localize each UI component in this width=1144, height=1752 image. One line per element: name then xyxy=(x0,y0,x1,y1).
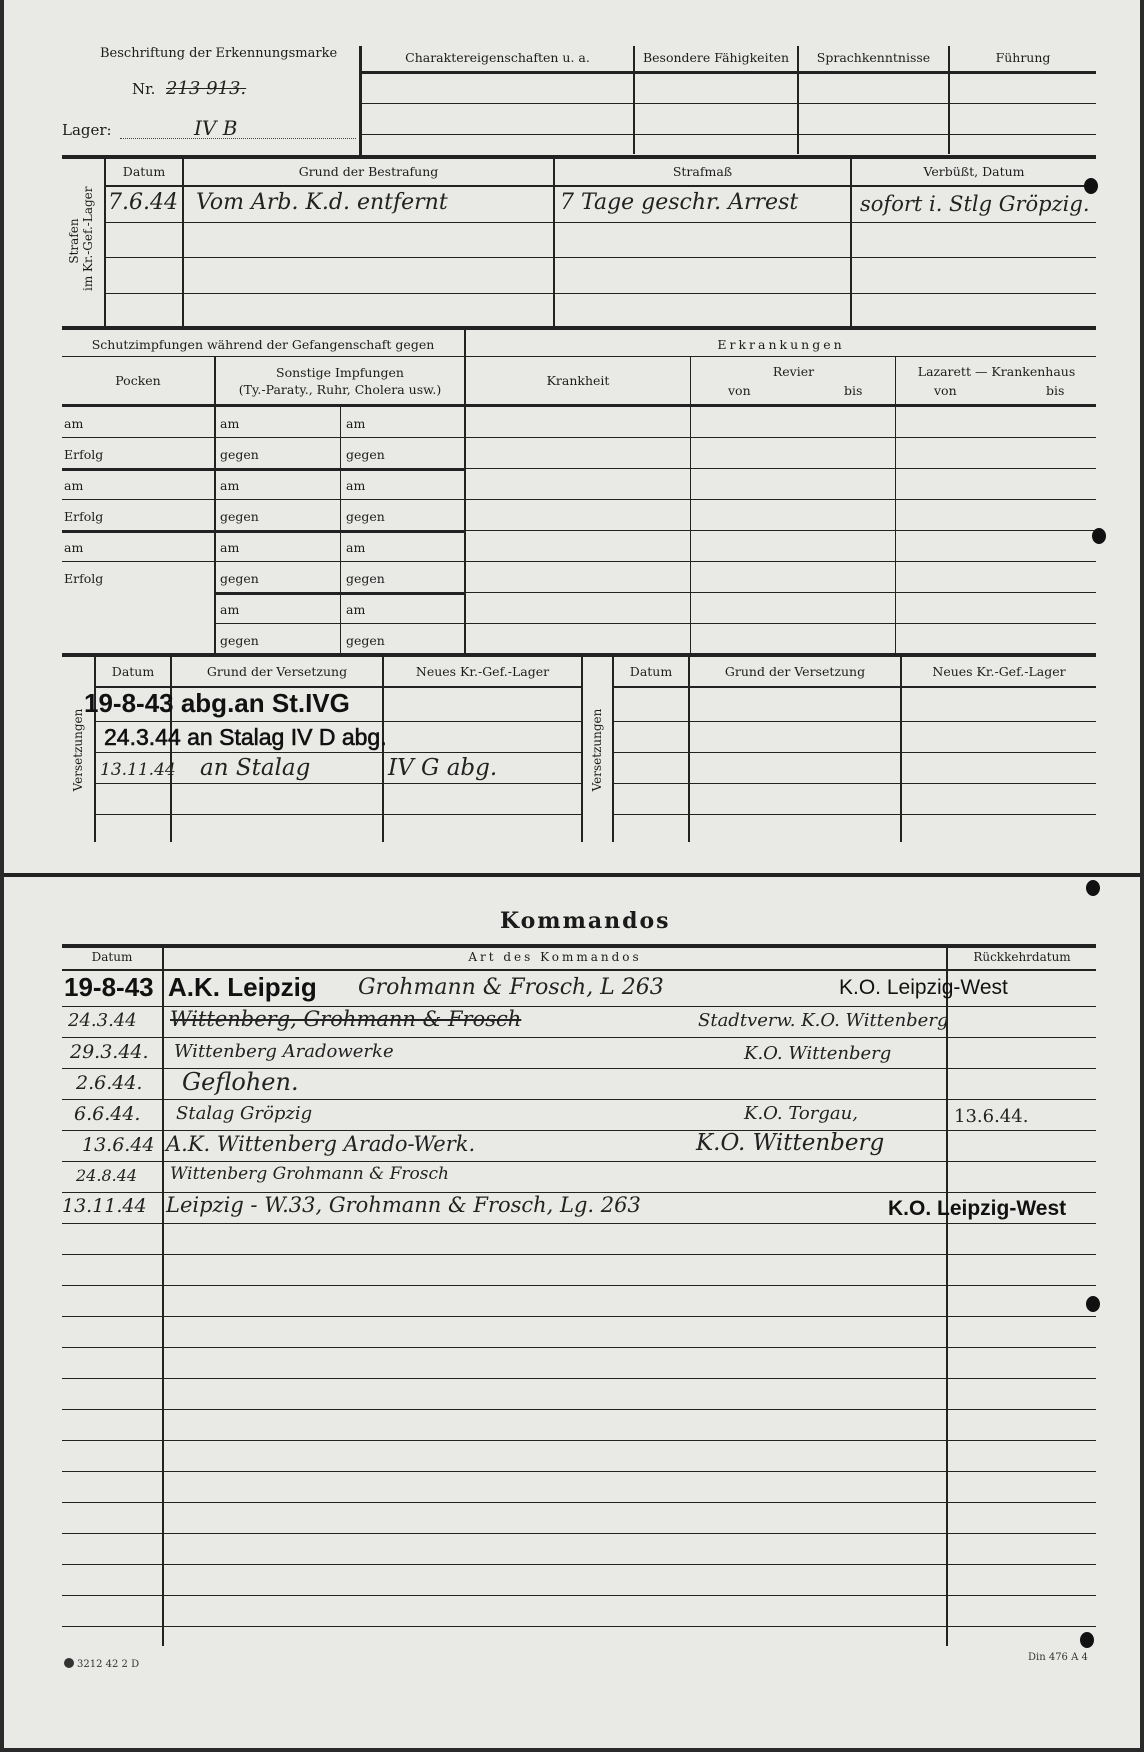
strafen-col-datum: Datum xyxy=(106,164,182,179)
pow-record-card: Beschriftung der Erkennungsmarke Nr. 213… xyxy=(4,0,1140,1748)
kommandos-col-rueckkehr: Rückkehrdatum xyxy=(948,950,1096,964)
sonst-gegen: gegen xyxy=(220,509,259,524)
impf-col-pocken: Pocken xyxy=(62,373,214,388)
kommando-4-datum: 2.6.44. xyxy=(76,1072,142,1094)
kommando-5-datum: 6.6.44. xyxy=(74,1103,140,1125)
kommandos-col-datum: Datum xyxy=(62,950,162,964)
pocken-am-1: am xyxy=(64,416,83,431)
sonst-am: am xyxy=(220,416,239,431)
kommando-1-art: Grohmann & Frosch, L 263 xyxy=(358,975,664,1000)
lager-value: IV B xyxy=(194,116,237,140)
kommando-4-art: Geflohen. xyxy=(182,1068,299,1096)
sonst-am: am xyxy=(346,540,365,555)
kommando-3-art: Wittenberg Aradowerke xyxy=(174,1041,394,1062)
erk-col-revier: Revier xyxy=(692,364,895,379)
pocken-erfolg-2: Erfolg xyxy=(64,509,103,524)
col-header-fuehrung: Führung xyxy=(950,50,1096,65)
sonst-am: am xyxy=(220,602,239,617)
pocken-am-3: am xyxy=(64,540,83,555)
print-code: 3212 42 2 D xyxy=(64,1658,139,1670)
pocken-erfolg-3: Erfolg xyxy=(64,571,103,586)
kommando-1-ko-stamp: K.O. Leipzig-West xyxy=(839,976,1008,1000)
col-header-sprachkenntnisse: Sprachkenntnisse xyxy=(799,50,948,65)
sonst-gegen: gegen xyxy=(346,571,385,586)
punch-hole xyxy=(1086,880,1100,896)
sonst-gegen: gegen xyxy=(220,571,259,586)
col-header-faehigkeiten: Besondere Fähigkeiten xyxy=(635,50,797,65)
strafe-verbuesst: sofort i. Stlg Gröpzig. xyxy=(860,192,1090,216)
strafe-grund: Vom Arb. K.d. entfernt xyxy=(196,190,448,215)
versetzung-stamp-2: 24.3.44 an Stalag IV D abg. xyxy=(104,724,387,751)
kommando-5-art-extra: K.O. Torgau, xyxy=(744,1103,858,1124)
impf-col-sonstige: Sonstige Impfungen (Ty.-Paraty., Ruhr, C… xyxy=(216,364,464,398)
punch-hole xyxy=(1080,1632,1094,1648)
kommando-8-art: Leipzig - W.33, Grohmann & Frosch, Lg. 2… xyxy=(166,1193,641,1217)
kommando-8-ko-stamp: K.O. Leipzig-West xyxy=(888,1197,1066,1221)
fold-line xyxy=(4,873,1140,877)
vers-col-lager: Neues Kr.-Gef.-Lager xyxy=(384,664,581,679)
erk-revier-von: von xyxy=(728,383,751,398)
kommando-6-art-extra: K.O. Wittenberg xyxy=(696,1130,884,1156)
sonst-gegen: gegen xyxy=(220,633,259,648)
strafe-datum: 7.6.44 xyxy=(108,190,178,215)
sonst-gegen: gegen xyxy=(346,633,385,648)
erk-lazarett-von: von xyxy=(934,383,957,398)
nr-label: Nr. xyxy=(132,80,155,98)
kommando-2-datum: 24.3.44 xyxy=(68,1010,137,1031)
sonst-gegen: gegen xyxy=(346,447,385,462)
kommando-2-art: Wittenberg, Grohmann & Frosch xyxy=(170,1007,521,1031)
punch-hole xyxy=(1086,1296,1100,1312)
punch-hole xyxy=(1084,178,1098,194)
versetzungen-side-label-right: Versetzungen xyxy=(590,705,606,795)
tag-label: Beschriftung der Erkennungsmarke xyxy=(100,46,337,61)
kommando-3-art-extra: K.O. Wittenberg xyxy=(744,1043,891,1064)
kommando-5-art: Stalag Gröpzig xyxy=(176,1103,312,1124)
versetzung-lager-3: IV G abg. xyxy=(388,755,497,781)
kommando-5-rueckkehr: 13.6.44. xyxy=(954,1106,1028,1127)
din-format: Din 476 A 4 xyxy=(1028,1652,1088,1663)
lager-label: Lager: xyxy=(62,121,112,139)
impfungen-title: Schutzimpfungen während der Gefangenscha… xyxy=(62,337,464,352)
sonst-am: am xyxy=(346,478,365,493)
lager-dotted-line xyxy=(120,138,356,139)
kommando-7-datum: 24.8.44 xyxy=(76,1166,137,1185)
strafen-col-strafmass: Strafmaß xyxy=(555,164,850,179)
sonst-am: am xyxy=(346,416,365,431)
strafen-side-label: Strafen im Kr.-Gef.-Lager xyxy=(67,191,99,291)
kommando-8-datum: 13.11.44 xyxy=(62,1195,147,1217)
sonst-gegen: gegen xyxy=(346,509,385,524)
strafen-col-verbuesst: Verbüßt, Datum xyxy=(852,164,1096,179)
pocken-am-2: am xyxy=(64,478,83,493)
kommando-2-art-extra: Stadtverw. K.O. Wittenberg xyxy=(698,1010,948,1031)
sonst-am: am xyxy=(220,478,239,493)
strafe-strafmass: 7 Tage geschr. Arrest xyxy=(560,190,798,215)
sonst-am: am xyxy=(346,602,365,617)
erk-lazarett-bis: bis xyxy=(1046,383,1064,398)
sonst-gegen: gegen xyxy=(220,447,259,462)
kommandos-col-art: Art des Kommandos xyxy=(164,950,946,964)
versetzung-stamp-1: 19-8-43 abg.an St.IVG xyxy=(84,688,350,719)
versetzung-grund-3: an Stalag xyxy=(200,755,310,781)
printer-logo-icon xyxy=(64,1658,74,1668)
vers-col-datum: Datum xyxy=(96,664,170,679)
col-header-charakter: Charaktereigenschaften u. a. xyxy=(362,50,633,65)
kommando-6-datum: 13.6.44 xyxy=(82,1134,155,1156)
erk-col-lazarett: Lazarett — Krankenhaus xyxy=(897,364,1096,379)
kommandos-title: Kommandos xyxy=(500,908,671,934)
vers-col-lager-2: Neues Kr.-Gef.-Lager xyxy=(902,664,1096,679)
nr-value: 213 913. xyxy=(166,78,246,99)
erk-col-krankheit: Krankheit xyxy=(466,373,690,388)
kommando-3-datum: 29.3.44. xyxy=(70,1041,149,1063)
erk-revier-bis: bis xyxy=(844,383,862,398)
kommando-1-art-stamp: A.K. Leipzig xyxy=(168,972,317,1003)
vers-col-datum-2: Datum xyxy=(614,664,688,679)
punch-hole xyxy=(1092,528,1106,544)
sonst-am: am xyxy=(220,540,239,555)
kommando-7-art: Wittenberg Grohmann & Frosch xyxy=(170,1164,449,1184)
vers-col-grund: Grund der Versetzung xyxy=(172,664,382,679)
versetzung-datum-3: 13.11.44 xyxy=(100,760,176,780)
kommando-1-datum: 19-8-43 xyxy=(64,972,154,1003)
strafen-col-grund: Grund der Bestrafung xyxy=(184,164,553,179)
erkrankungen-title: Erkrankungen xyxy=(466,337,1096,352)
vers-col-grund-2: Grund der Versetzung xyxy=(690,664,900,679)
kommando-6-art: A.K. Wittenberg Arado-Werk. xyxy=(166,1132,475,1156)
pocken-erfolg-1: Erfolg xyxy=(64,447,103,462)
